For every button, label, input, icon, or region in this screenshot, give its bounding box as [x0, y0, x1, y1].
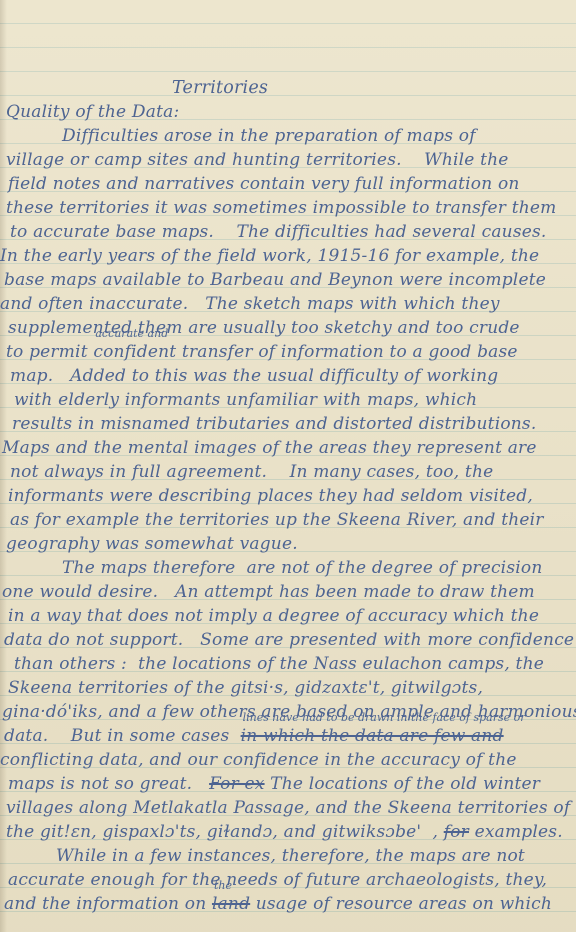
- handwritten-line: than others : the locations of the Nass …: [0, 652, 576, 676]
- handwritten-line: In the early years of the field work, 19…: [0, 244, 576, 268]
- text-segment: The locations of the old winter: [265, 774, 541, 794]
- handwritten-line: data do not support. Some are presented …: [0, 628, 576, 652]
- text-segment: not always in full agreement. In many ca…: [10, 462, 493, 482]
- handwritten-line: base maps available to Barbeau and Beyno…: [0, 268, 576, 292]
- handwritten-line: Maps and the mental images of the areas …: [0, 436, 576, 460]
- handwritten-line: and the information on theland usage of …: [0, 892, 576, 916]
- handwritten-line: informants were describing places they h…: [0, 484, 576, 508]
- handwritten-line: While in a few instances, therefore, the…: [0, 844, 576, 868]
- text-segment: in a way that does not imply a degree of…: [8, 606, 539, 626]
- handwritten-line: one would desire. An attempt has been ma…: [0, 580, 576, 604]
- text-segment: accurate enough for the needs of future …: [8, 870, 547, 890]
- handwritten-line: Skeena territories of the gitsi·s, gidza…: [0, 676, 576, 700]
- handwritten-line: Difficulties arose in the preparation of…: [0, 124, 576, 148]
- strikethrough-correction: for: [444, 820, 469, 844]
- handwritten-line: data. But in some cases lines have had t…: [0, 724, 576, 748]
- handwritten-line: geography was somewhat vague.: [0, 532, 576, 556]
- text-segment: data do not support. Some are presented …: [4, 630, 574, 650]
- text-segment: usage of resource areas on which: [250, 894, 552, 914]
- handwritten-line: villages along Metlakatla Passage, and t…: [0, 796, 576, 820]
- handwritten-line: as for example the territories up the Sk…: [0, 508, 576, 532]
- handwritten-line: field notes and narratives contain very …: [0, 172, 576, 196]
- text-segment: Maps and the mental images of the areas …: [2, 438, 537, 458]
- manuscript-page: TerritoriesQuality of the Data:Difficult…: [0, 0, 576, 932]
- handwritten-text-block: TerritoriesQuality of the Data:Difficult…: [0, 76, 576, 916]
- struck-out-text: For ex: [209, 774, 264, 794]
- text-segment: villages along Metlakatla Passage, and t…: [6, 798, 570, 818]
- text-segment: Quality of the Data:: [6, 102, 179, 122]
- text-segment: to accurate base maps. The difficulties …: [10, 222, 547, 242]
- handwritten-line: with elderly informants unfamiliar with …: [0, 388, 576, 412]
- handwritten-line: results in misnamed tributaries and dist…: [0, 412, 576, 436]
- text-segment: Territories: [172, 78, 268, 98]
- page-title: Territories: [0, 76, 576, 100]
- handwritten-line: maps is not so great. For ex The locatio…: [0, 772, 576, 796]
- handwritten-line: in a way that does not imply a degree of…: [0, 604, 576, 628]
- handwritten-line: The maps therefore are not of the degree…: [0, 556, 576, 580]
- text-segment: village or camp sites and hunting territ…: [6, 150, 509, 170]
- text-segment: Difficulties arose in the preparation of…: [62, 126, 476, 146]
- text-segment: While in a few instances, therefore, the…: [56, 846, 525, 866]
- text-segment: these territories it was sometimes impos…: [6, 198, 556, 218]
- handwritten-line: map. Added to this was the usual difficu…: [0, 364, 576, 388]
- inserted-text-above: lines have had to be drawn in the face o…: [243, 712, 526, 723]
- handwritten-line: village or camp sites and hunting territ…: [0, 148, 576, 172]
- handwritten-line: and often inaccurate. The sketch maps wi…: [0, 292, 576, 316]
- text-segment: field notes and narratives contain very …: [8, 174, 520, 194]
- strikethrough-correction: lines have had to be drawn in the face o…: [241, 724, 504, 748]
- strikethrough-correction: theland: [212, 892, 250, 916]
- section-heading: Quality of the Data:: [0, 100, 576, 124]
- text-segment: conflicting data, and our confidence in …: [0, 750, 517, 770]
- text-segment: base maps available to Barbeau and Beyno…: [4, 270, 546, 290]
- struck-out-text: in which the data are few and: [241, 726, 504, 746]
- text-segment: and the information on: [4, 894, 212, 914]
- strikethrough-correction: For ex: [209, 772, 264, 796]
- interlinear-insertion: accurate andconfident: [93, 340, 176, 364]
- text-segment: maps is not so great.: [8, 774, 209, 794]
- handwritten-line: to accurate base maps. The difficulties …: [0, 220, 576, 244]
- text-segment: results in misnamed tributaries and dist…: [12, 414, 536, 434]
- text-segment: confident: [93, 342, 176, 362]
- text-segment: and often inaccurate. The sketch maps wi…: [0, 294, 500, 314]
- handwritten-line: not always in full agreement. In many ca…: [0, 460, 576, 484]
- text-segment: the git!ɛn, gispaxlɔ'ts, giɫandɔ, and gi…: [6, 822, 444, 842]
- text-segment: Skeena territories of the gitsi·s, gidza…: [8, 678, 483, 698]
- handwritten-line: to permit accurate andconfident transfer…: [0, 340, 576, 364]
- text-segment: transfer of information to a good base: [176, 342, 517, 362]
- text-segment: with elderly informants unfamiliar with …: [14, 390, 477, 410]
- inserted-text-above: the: [214, 880, 232, 891]
- text-segment: than others : the locations of the Nass …: [14, 654, 544, 674]
- text-segment: geography was somewhat vague.: [6, 534, 298, 554]
- text-segment: The maps therefore are not of the degree…: [62, 558, 542, 578]
- text-segment: as for example the territories up the Sk…: [10, 510, 544, 530]
- inserted-text-above: accurate and: [95, 328, 168, 339]
- text-segment: one would desire. An attempt has been ma…: [2, 582, 535, 602]
- handwritten-line: accurate enough for the needs of future …: [0, 868, 576, 892]
- handwritten-line: supplemented them are usually too sketch…: [0, 316, 576, 340]
- text-segment: informants were describing places they h…: [8, 486, 533, 506]
- text-segment: to permit: [6, 342, 93, 362]
- text-segment: examples.: [469, 822, 563, 842]
- handwritten-line: these territories it was sometimes impos…: [0, 196, 576, 220]
- text-segment: data. But in some cases: [4, 726, 241, 746]
- text-segment: In the early years of the field work, 19…: [0, 246, 539, 266]
- handwritten-line: the git!ɛn, gispaxlɔ'ts, giɫandɔ, and gi…: [0, 820, 576, 844]
- text-segment: map. Added to this was the usual difficu…: [10, 366, 498, 386]
- struck-out-text: land: [212, 894, 250, 914]
- struck-out-text: for: [444, 822, 469, 842]
- text-segment: supplemented them are usually too sketch…: [8, 318, 520, 338]
- handwritten-line: conflicting data, and our confidence in …: [0, 748, 576, 772]
